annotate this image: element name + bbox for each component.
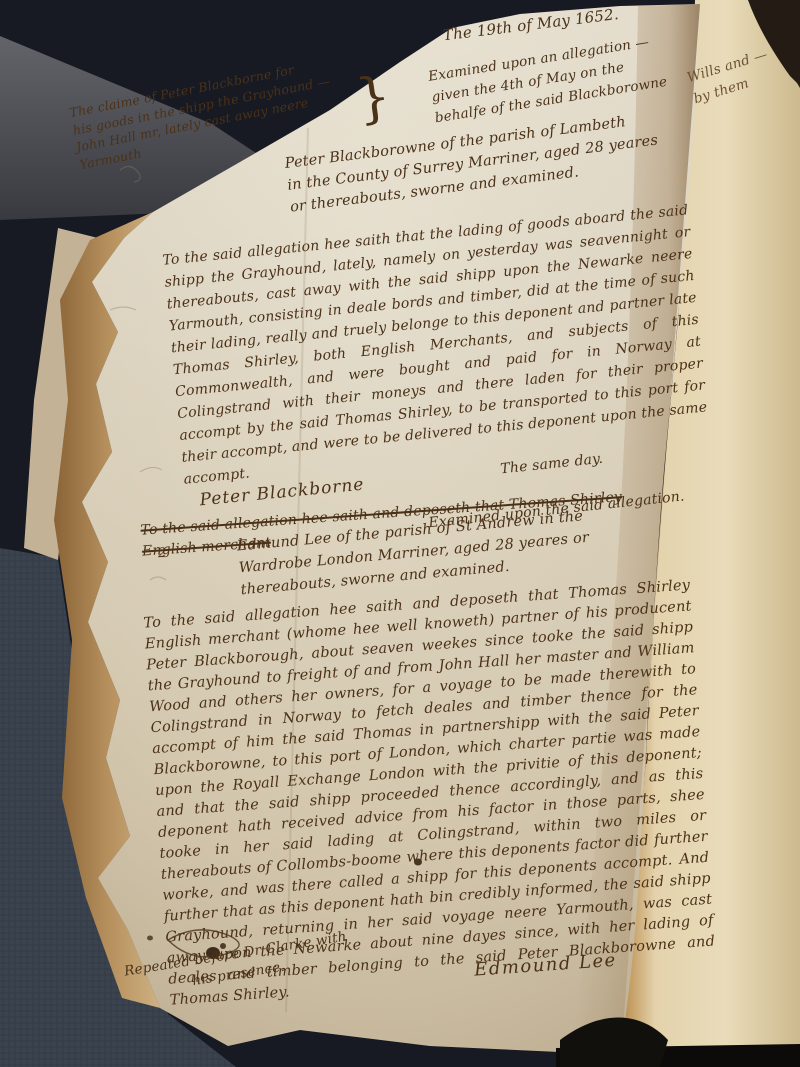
manuscript-photo: The 19th of May 1652. Examined upon an a… xyxy=(0,0,800,1067)
margin-number: 2 xyxy=(157,546,167,562)
